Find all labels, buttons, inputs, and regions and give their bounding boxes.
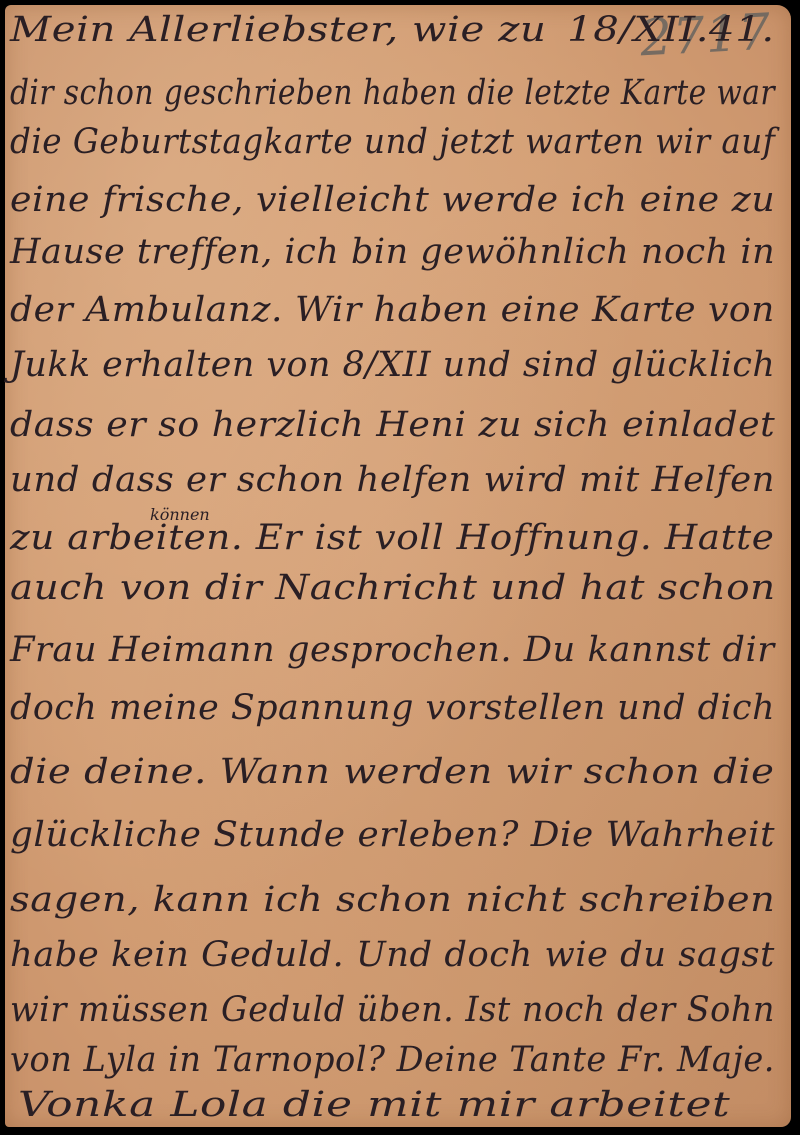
letter-line-5: Hause treffen, ich bin gewöhnlich noch i…	[10, 232, 775, 272]
letter-line-15: glückliche Stunde erleben? Die Wahrheit	[10, 815, 775, 855]
letter-line-8: dass er so herzlich Heni zu sich einlade…	[10, 405, 775, 445]
letter-line-1: Mein Allerliebster, wie zu18/XII.41.	[10, 10, 775, 50]
letter-line-17: habe kein Geduld. Und doch wie du sagst	[10, 935, 775, 975]
handwritten-letter-body: Mein Allerliebster, wie zu18/XII.41. dir…	[0, 0, 800, 1135]
letter-line-3: die Geburtstagkarte und jetzt warten wir…	[10, 122, 775, 162]
letter-line-2: dir schon geschrieben haben die letzte K…	[10, 73, 775, 113]
letter-line-19: von Lyla in Tarnopol? Deine Tante Fr. Ma…	[10, 1040, 775, 1080]
letter-line-4: eine frische, vielleicht werde ich eine …	[10, 180, 775, 220]
letter-date: 18/XII.41.	[567, 10, 775, 50]
letter-line-13: doch meine Spannung vorstellen und dich	[10, 688, 775, 728]
letter-line-9: und dass er schon helfen wird mit Helfen	[10, 460, 775, 500]
letter-line-10: zu arbeiten. Er ist voll Hoffnung. Hatte	[10, 518, 774, 558]
greeting: Mein Allerliebster, wie zu	[10, 10, 546, 50]
letter-line-6: der Ambulanz. Wir haben eine Karte von	[10, 290, 775, 330]
letter-line-16: sagen, kann ich schon nicht schreiben	[10, 880, 775, 920]
letter-line-12: Frau Heimann gesprochen. Du kannst dir	[10, 630, 775, 670]
letter-line-18: wir müssen Geduld üben. Ist noch der Soh…	[10, 990, 775, 1030]
letter-line-11: auch von dir Nachricht und hat schon	[10, 568, 776, 608]
letter-line-14: die deine. Wann werden wir schon die	[10, 752, 774, 792]
letter-line-20: Vonka Lola die mit mir arbeitet	[18, 1085, 730, 1125]
letter-line-7: Jukk erhalten von 8/XII und sind glückli…	[10, 345, 775, 385]
